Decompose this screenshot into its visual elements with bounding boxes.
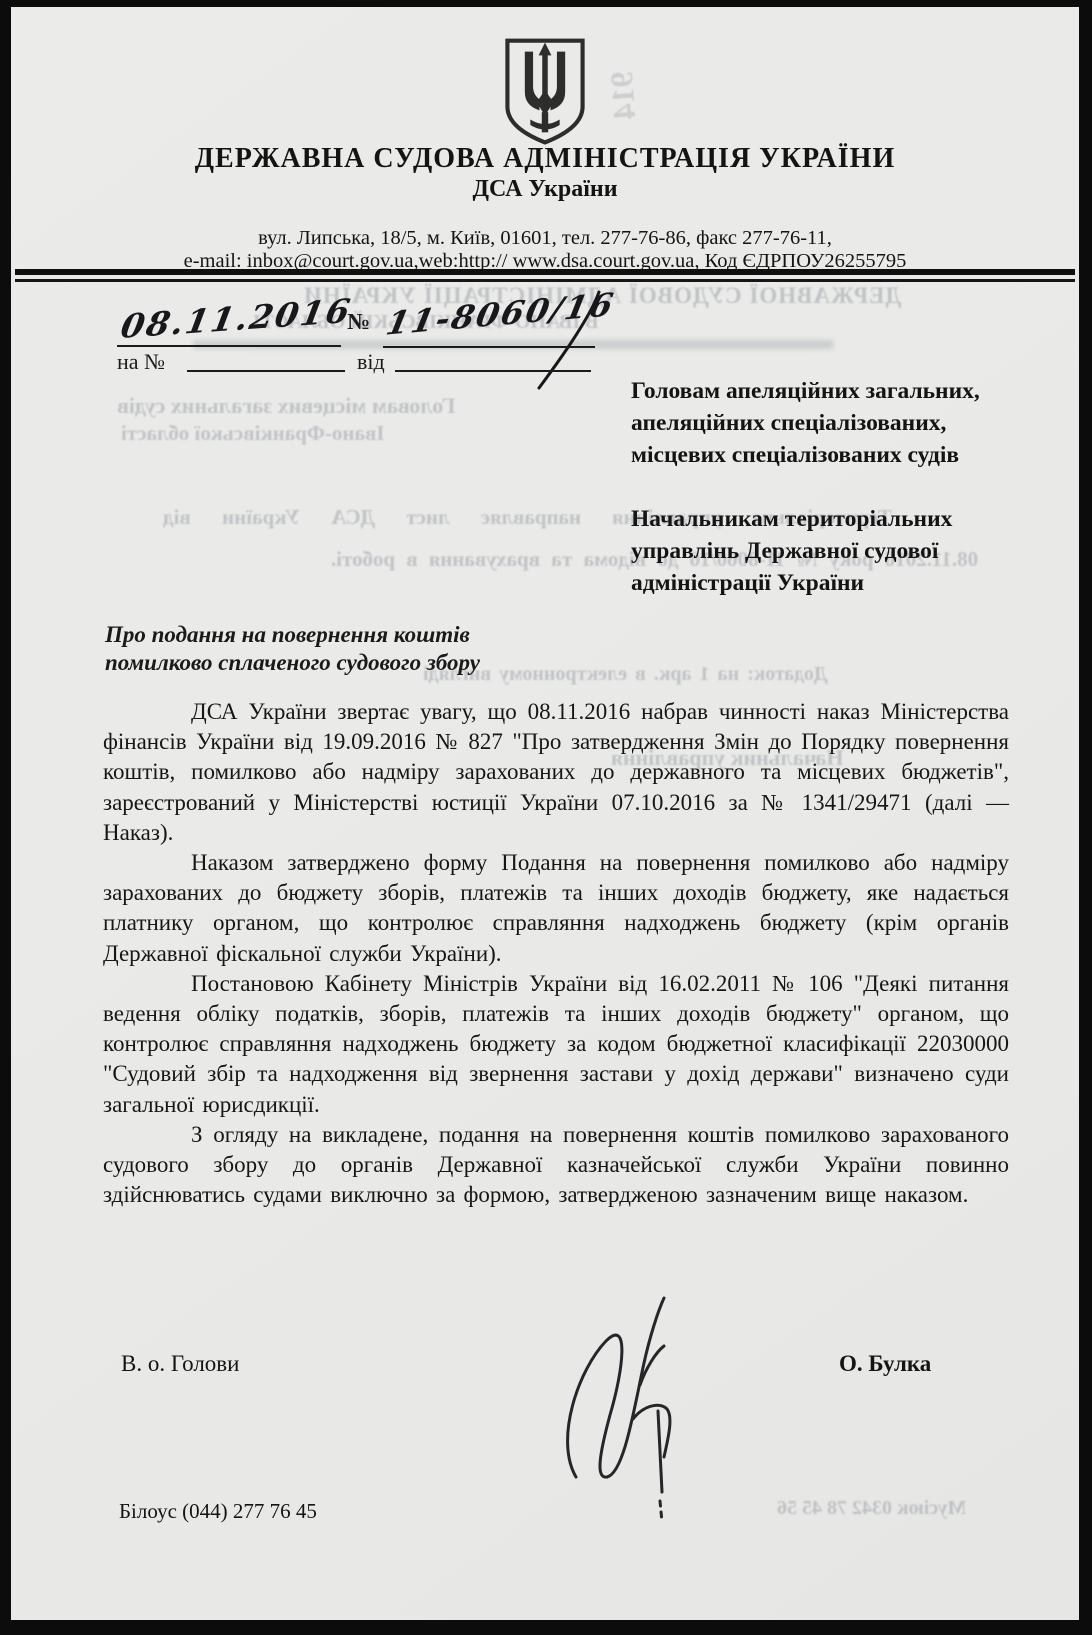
bleedthrough-executor-line: Мусіюк 0342 78 45 56 — [777, 1497, 966, 1520]
reply-from-date-label: від — [357, 349, 385, 375]
addressee-block-courts: Головам апеляційних загальних, апеляційн… — [631, 375, 1061, 471]
address-line: вул. Липська, 18/5, м. Київ, 01601, тел.… — [11, 227, 1079, 250]
letter-body: ДСА України звертає увагу, що 08.11.2016… — [103, 697, 1009, 1210]
number-sign-label: № — [347, 309, 370, 335]
organization-short-name: ДСА України — [11, 176, 1079, 203]
handwritten-date: 08.11.2016 — [118, 291, 355, 346]
subject-line: помилково сплаченого судового збору — [105, 649, 585, 677]
ukraine-trident-emblem-icon — [493, 37, 597, 152]
scanned-letter: { "letterhead": { "org_name": "ДЕРЖАВНА … — [0, 0, 1092, 1635]
date-underline — [117, 345, 341, 347]
paragraph: Постановою Кабінету Міністрів України ві… — [103, 969, 1009, 1120]
organization-name: ДЕРЖАВНА СУДОВА АДМІНІСТРАЦІЯ УКРАЇНИ — [11, 143, 1079, 175]
addressee-line: місцевих спеціалізованих судів — [631, 439, 1061, 471]
paragraph: Наказом затверджено форму Подання на пов… — [103, 848, 1009, 969]
addressee-line: Головам апеляційних загальних, — [631, 375, 1061, 407]
addressee-line: управлінь Державної судової — [631, 535, 1061, 567]
bleedthrough-stamp: 914 — [603, 70, 643, 120]
handwritten-signature — [546, 1289, 731, 1529]
bleedthrough-addressee-line2: Івано-Франківської області — [121, 421, 385, 446]
addressee-line: Начальникам територіальних — [631, 503, 1061, 535]
executor-contact: Білоус (044) 277 76 45 — [119, 1499, 317, 1524]
paragraph: З огляду на викладене, подання на поверн… — [103, 1120, 1009, 1211]
subject-line: Про подання на повернення коштів — [105, 621, 585, 649]
paragraph: ДСА України звертає увагу, що 08.11.2016… — [103, 697, 1009, 848]
addressee-line: апеляційних спеціалізованих, — [631, 407, 1061, 439]
bleedthrough-addressee-line1: Головам місцевих загальних судів — [117, 393, 455, 419]
signer-position: В. о. Голови — [121, 1351, 239, 1377]
addressee-line: адміністрації України — [631, 567, 1061, 599]
reply-to-number-label: на № — [117, 349, 165, 375]
addressee-block-territorial: Начальникам територіальних управлінь Дер… — [631, 503, 1061, 599]
letterhead-rule-thin — [15, 279, 1075, 282]
reply-number-underline — [187, 370, 345, 372]
letter-page: 914 ДЕРЖАВНОЇ СУДОВОЇ АДМІНІСТРАЦІЇ УКРА… — [11, 7, 1079, 1620]
number-underline — [383, 346, 595, 348]
reply-date-underline — [395, 370, 591, 372]
letter-subject: Про подання на повернення коштів помилко… — [105, 621, 585, 677]
letterhead-rule-thick — [15, 269, 1075, 275]
signer-name: О. Булка — [839, 1351, 931, 1377]
